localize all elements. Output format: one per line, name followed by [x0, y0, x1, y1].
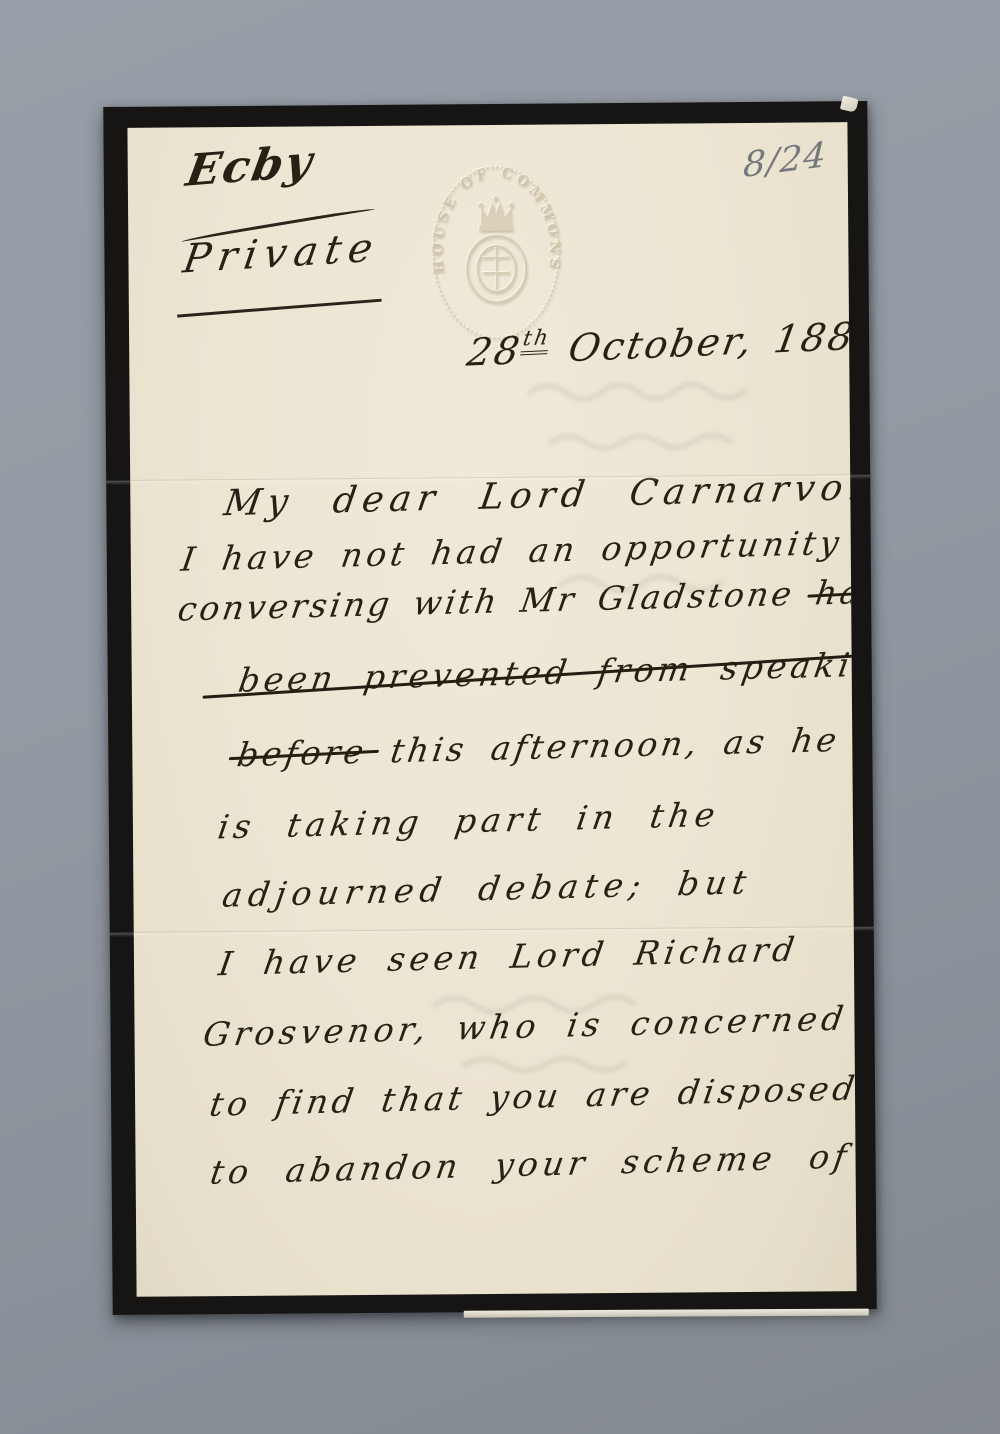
letter-line: I have not had an opportunity of — [179, 521, 857, 578]
photo-backdrop: HOUSE OF COMMONS Ecby Private 8/2 — [0, 0, 1000, 1434]
docket-note: Ecby — [182, 136, 317, 197]
letter-line: adjourned debate; but — [220, 862, 755, 914]
embossed-seal: HOUSE OF COMMONS — [420, 152, 573, 343]
letter-line: is taking part in the — [215, 795, 722, 847]
line-text: this afternoon, as he — [364, 720, 843, 771]
under-sheet-edge — [464, 1309, 869, 1318]
letter-line: before this afternoon, as he — [235, 720, 843, 774]
privacy-underline — [177, 299, 382, 317]
letter-line: to find that you are disposed — [207, 1068, 856, 1123]
corner-chip — [840, 95, 859, 112]
line-text: adjourned debate; but — [220, 862, 755, 914]
letter-line: My dear Lord Carnarvon . — [221, 465, 856, 524]
line-text: to abandon your scheme of — [208, 1137, 854, 1192]
seal-shield-lines — [483, 248, 510, 290]
date-day: 28 — [464, 328, 525, 374]
letter-paper: HOUSE OF COMMONS Ecby Private 8/2 — [127, 122, 856, 1297]
pencil-folio-note: 8/24 — [742, 135, 828, 185]
date-rest: October, 1884. — [545, 312, 857, 371]
crown-icon — [479, 196, 514, 231]
struck-phrase: been prevented from speaking — [236, 644, 857, 700]
letter-line: been prevented from speaking — [236, 644, 857, 700]
struck-word: has — [813, 572, 857, 613]
letter-line: I have seen Lord Richard — [216, 930, 801, 984]
line-text: I have not had an opportunity of — [179, 521, 857, 578]
line-text: My dear Lord Carnarvon . — [221, 465, 856, 524]
letter-line: to abandon your scheme of — [208, 1137, 854, 1192]
letter-sheet: HOUSE OF COMMONS Ecby Private 8/2 — [103, 101, 876, 1315]
line-text: conversing with Mr Gladstone — [175, 573, 818, 628]
letter-line: conversing with Mr Gladstone has — [175, 572, 856, 629]
line-text: is taking part in the — [215, 795, 722, 847]
line-text: I have seen Lord Richard — [216, 930, 801, 984]
line-text: to find that you are disposed — [207, 1068, 856, 1123]
line-text: Grosvenor, who is concerned — [201, 999, 851, 1054]
struck-word: before — [235, 732, 370, 774]
letter-line: Grosvenor, who is concerned — [201, 999, 851, 1054]
